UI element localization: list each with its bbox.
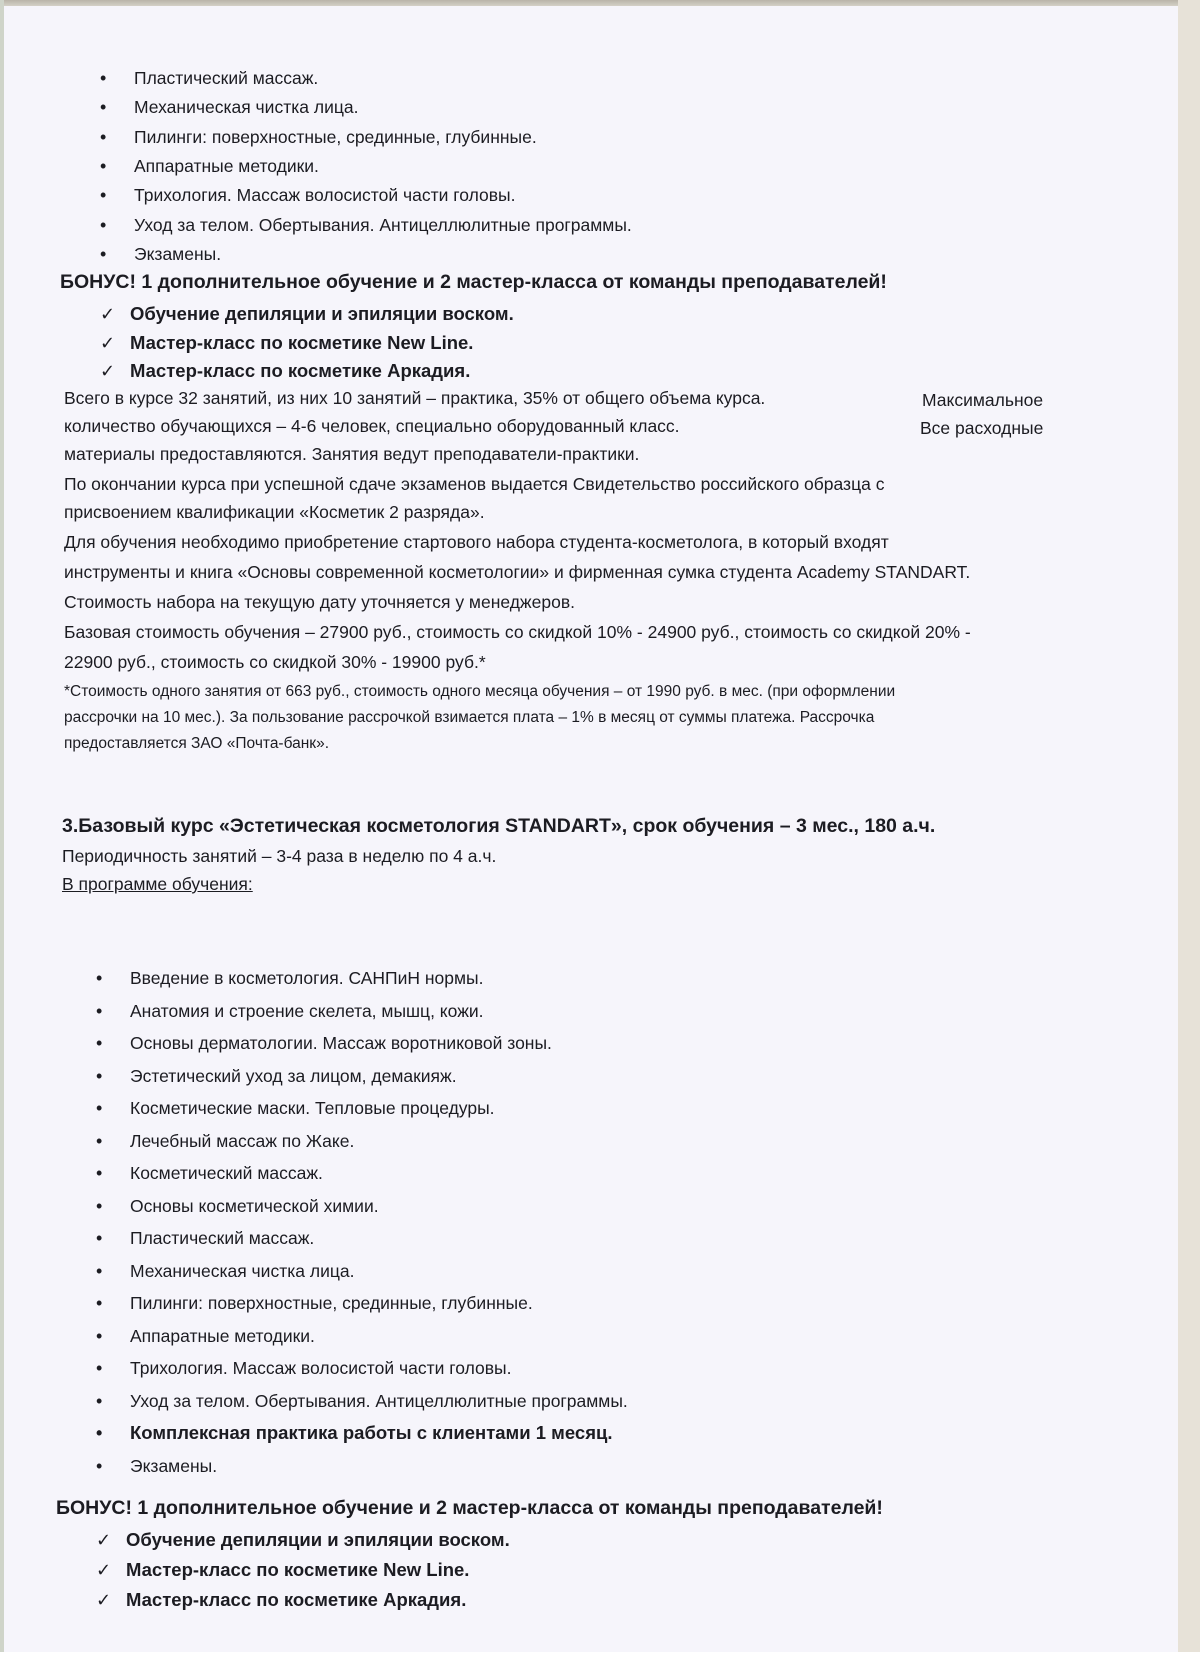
list-item-text: Эстетический уход за лицом, демакияж. bbox=[130, 1064, 457, 1088]
bullet-icon: • bbox=[96, 1096, 102, 1120]
list-item-text: Основы дерматологии. Массаж воротниковой… bbox=[130, 1031, 552, 1055]
footnote-line-3: предоставляется ЗАО «Почта-банк». bbox=[64, 732, 329, 756]
footnote-line-1: *Стоимость одного занятия от 663 руб., с… bbox=[64, 680, 895, 704]
bullet-icon: • bbox=[96, 1129, 102, 1153]
document-page: •Пластический массаж.•Механическая чистк… bbox=[4, 6, 1178, 1652]
bullet-icon: • bbox=[96, 966, 102, 990]
bullet-icon: • bbox=[96, 1291, 102, 1315]
list-item-text: Аппаратные методики. bbox=[130, 1324, 315, 1348]
list-item-text: Обучение депиляции и эпиляции воском. bbox=[130, 302, 514, 326]
bullet-icon: • bbox=[96, 1194, 102, 1218]
footnote-line-2: рассрочки на 10 мес.). За пользование ра… bbox=[64, 706, 874, 730]
list-item-text: Экзамены. bbox=[130, 1454, 217, 1478]
list-item-text: Пластический массаж. bbox=[134, 66, 318, 90]
checkmark-icon: ✓ bbox=[96, 1528, 111, 1552]
section3-frequency: Периодичность занятий – 3-4 раза в недел… bbox=[62, 844, 496, 868]
page-content: •Пластический массаж.•Механическая чистк… bbox=[4, 6, 1178, 1652]
list-item-text: Мастер-класс по косметике Аркадия. bbox=[130, 359, 470, 383]
list-item-text: Трихология. Массаж волосистой части голо… bbox=[130, 1356, 511, 1380]
certificate-line-2: присвоением квалификации «Косметик 2 раз… bbox=[64, 500, 485, 524]
list-item-text: Трихология. Массаж волосистой части голо… bbox=[134, 183, 515, 207]
price-line-1: Базовая стоимость обучения – 27900 руб.,… bbox=[64, 620, 971, 644]
bullet-icon: • bbox=[100, 95, 106, 119]
bullet-icon: • bbox=[100, 242, 106, 266]
list-item-text: Пилинги: поверхностные, срединные, глуби… bbox=[134, 125, 537, 149]
course-info-line-2-right: Все расходные bbox=[920, 416, 1043, 440]
scan-right-edge bbox=[1178, 0, 1200, 1652]
bullet-icon: • bbox=[96, 1324, 102, 1348]
list-item-text: Косметические маски. Тепловые процедуры. bbox=[130, 1096, 495, 1120]
section3-program-label: В программе обучения: bbox=[62, 872, 253, 896]
list-item-text: Аппаратные методики. bbox=[134, 154, 319, 178]
list-item-text: Основы косметической химии. bbox=[130, 1194, 379, 1218]
list-item-text: Мастер-класс по косметике New Line. bbox=[130, 331, 473, 355]
kit-line-1: Для обучения необходимо приобретение ста… bbox=[64, 530, 889, 554]
bullet-icon: • bbox=[96, 1421, 102, 1445]
bullet-icon: • bbox=[100, 183, 106, 207]
section3-bonus-heading: БОНУС! 1 дополнительное обучение и 2 мас… bbox=[56, 1496, 883, 1520]
bullet-icon: • bbox=[100, 213, 106, 237]
bullet-icon: • bbox=[96, 1064, 102, 1088]
list-item-text: Пилинги: поверхностные, срединные, глуби… bbox=[130, 1291, 533, 1315]
bullet-icon: • bbox=[96, 1031, 102, 1055]
kit-line-3: Стоимость набора на текущую дату уточняе… bbox=[64, 590, 575, 614]
checkmark-icon: ✓ bbox=[96, 1558, 111, 1582]
list-item-text: Механическая чистка лица. bbox=[130, 1259, 354, 1283]
bullet-icon: • bbox=[100, 125, 106, 149]
checkmark-icon: ✓ bbox=[100, 302, 115, 326]
bullet-icon: • bbox=[96, 1389, 102, 1413]
list-item-text: Введение в косметология. САНПиН нормы. bbox=[130, 966, 483, 990]
bullet-icon: • bbox=[96, 999, 102, 1023]
list-item-text: Лечебный массаж по Жаке. bbox=[130, 1129, 354, 1153]
section2-bonus-heading: БОНУС! 1 дополнительное обучение и 2 мас… bbox=[60, 270, 887, 294]
checkmark-icon: ✓ bbox=[96, 1588, 111, 1612]
list-item-text: Уход за телом. Обертывания. Антицеллюлит… bbox=[130, 1389, 628, 1413]
price-line-2: 22900 руб., стоимость со скидкой 30% - 1… bbox=[64, 650, 486, 674]
list-item-text: Мастер-класс по косметике New Line. bbox=[126, 1558, 469, 1582]
certificate-line-1: По окончании курса при успешной сдаче эк… bbox=[64, 472, 884, 496]
list-item-text: Обучение депиляции и эпиляции воском. bbox=[126, 1528, 510, 1552]
course-info-line-1-right: Максимальное bbox=[922, 388, 1043, 412]
bullet-icon: • bbox=[96, 1259, 102, 1283]
list-item-text: Косметический массаж. bbox=[130, 1161, 323, 1185]
bullet-icon: • bbox=[100, 154, 106, 178]
section3-title: 3.Базовый курс «Эстетическая косметологи… bbox=[62, 814, 935, 838]
course-info-line-1: Всего в курсе 32 занятий, из них 10 заня… bbox=[64, 386, 765, 410]
list-item-text: Механическая чистка лица. bbox=[134, 95, 358, 119]
list-item-text: Пластический массаж. bbox=[130, 1226, 314, 1250]
bullet-icon: • bbox=[100, 66, 106, 90]
kit-line-2: инструменты и книга «Основы современной … bbox=[64, 560, 970, 584]
course-info-line-3: материалы предоставляются. Занятия ведут… bbox=[64, 442, 639, 466]
course-info-line-2: количество обучающихся – 4-6 человек, сп… bbox=[64, 414, 680, 438]
bullet-icon: • bbox=[96, 1454, 102, 1478]
list-item-text: Анатомия и строение скелета, мышц, кожи. bbox=[130, 999, 484, 1023]
bullet-icon: • bbox=[96, 1226, 102, 1250]
list-item-text: Уход за телом. Обертывания. Антицеллюлит… bbox=[134, 213, 632, 237]
bullet-icon: • bbox=[96, 1161, 102, 1185]
list-item-text: Комплексная практика работы с клиентами … bbox=[130, 1421, 613, 1445]
list-item-text: Экзамены. bbox=[134, 242, 221, 266]
checkmark-icon: ✓ bbox=[100, 331, 115, 355]
checkmark-icon: ✓ bbox=[100, 359, 115, 383]
list-item-text: Мастер-класс по косметике Аркадия. bbox=[126, 1588, 466, 1612]
bullet-icon: • bbox=[96, 1356, 102, 1380]
